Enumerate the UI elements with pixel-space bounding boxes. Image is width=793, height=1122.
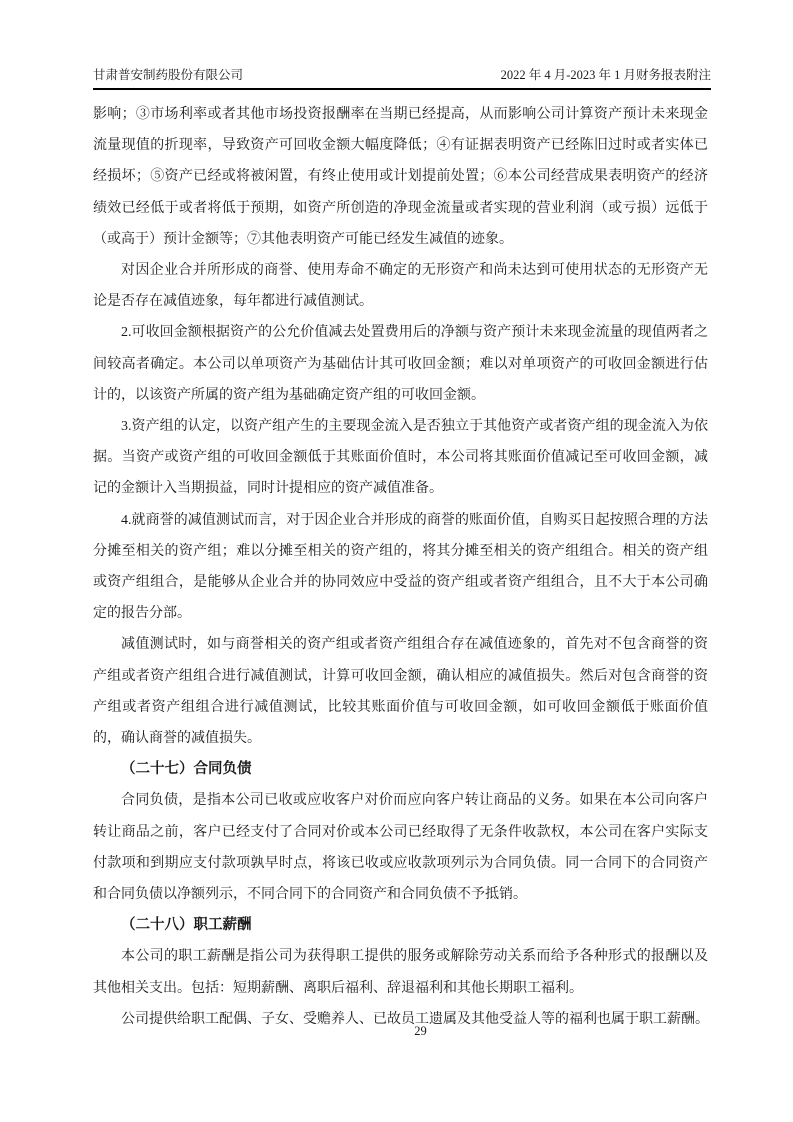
paragraph-goodwill-impairment-allocation: 4.就商誉的减值测试而言，对于因企业合并形成的商誉的账面价值，自购买日起按照合理… — [93, 505, 708, 630]
paragraph-goodwill-annual-test: 对因企业合并所形成的商誉、使用寿命不确定的无形资产和尚未达到可使用状态的无形资产… — [93, 255, 708, 317]
paragraph-asset-group-recognition: 3.资产组的认定，以资产组产生的主要现金流入是否独立于其他资产或者资产组的现金流… — [93, 411, 708, 505]
section-heading-contract-liabilities: （二十七）合同负债 — [93, 754, 708, 785]
paragraph-employee-compensation-definition: 本公司的职工薪酬是指公司为获得职工提供的服务或解除劳动关系而给予各种形式的报酬以… — [93, 941, 708, 1003]
paragraph-contract-liabilities: 合同负债，是指本公司已收或应收客户对价而应向客户转让商品的义务。如果在本公司向客… — [93, 785, 708, 910]
paragraph-recoverable-amount: 2.可收回金额根据资产的公允价值减去处置费用后的净额与资产预计未来现金流量的现值… — [93, 317, 708, 411]
header-company-name: 甘肃普安制药股份有限公司 — [93, 66, 243, 84]
paragraph-impairment-test-procedure: 减值测试时，如与商誉相关的资产组或者资产组组合存在减值迹象的，首先对不包含商誉的… — [93, 629, 708, 754]
page-number: 29 — [414, 1024, 427, 1038]
paragraph-impairment-indicators: 影响；③市场利率或者其他市场投资报酬率在当期已经提高，从而影响公司计算资产预计未… — [93, 99, 708, 255]
document-page: 甘肃普安制药股份有限公司 2022 年 4 月-2023 年 1 月财务报表附注… — [0, 0, 793, 1122]
header-report-period: 2022 年 4 月-2023 年 1 月财务报表附注 — [501, 66, 711, 84]
page-header: 甘肃普安制药股份有限公司 2022 年 4 月-2023 年 1 月财务报表附注 — [93, 66, 711, 90]
page-footer: 29 — [0, 1024, 793, 1039]
document-body: 影响；③市场利率或者其他市场投资报酬率在当期已经提高，从而影响公司计算资产预计未… — [93, 99, 708, 1035]
section-heading-employee-compensation: （二十八）职工薪酬 — [93, 910, 708, 941]
